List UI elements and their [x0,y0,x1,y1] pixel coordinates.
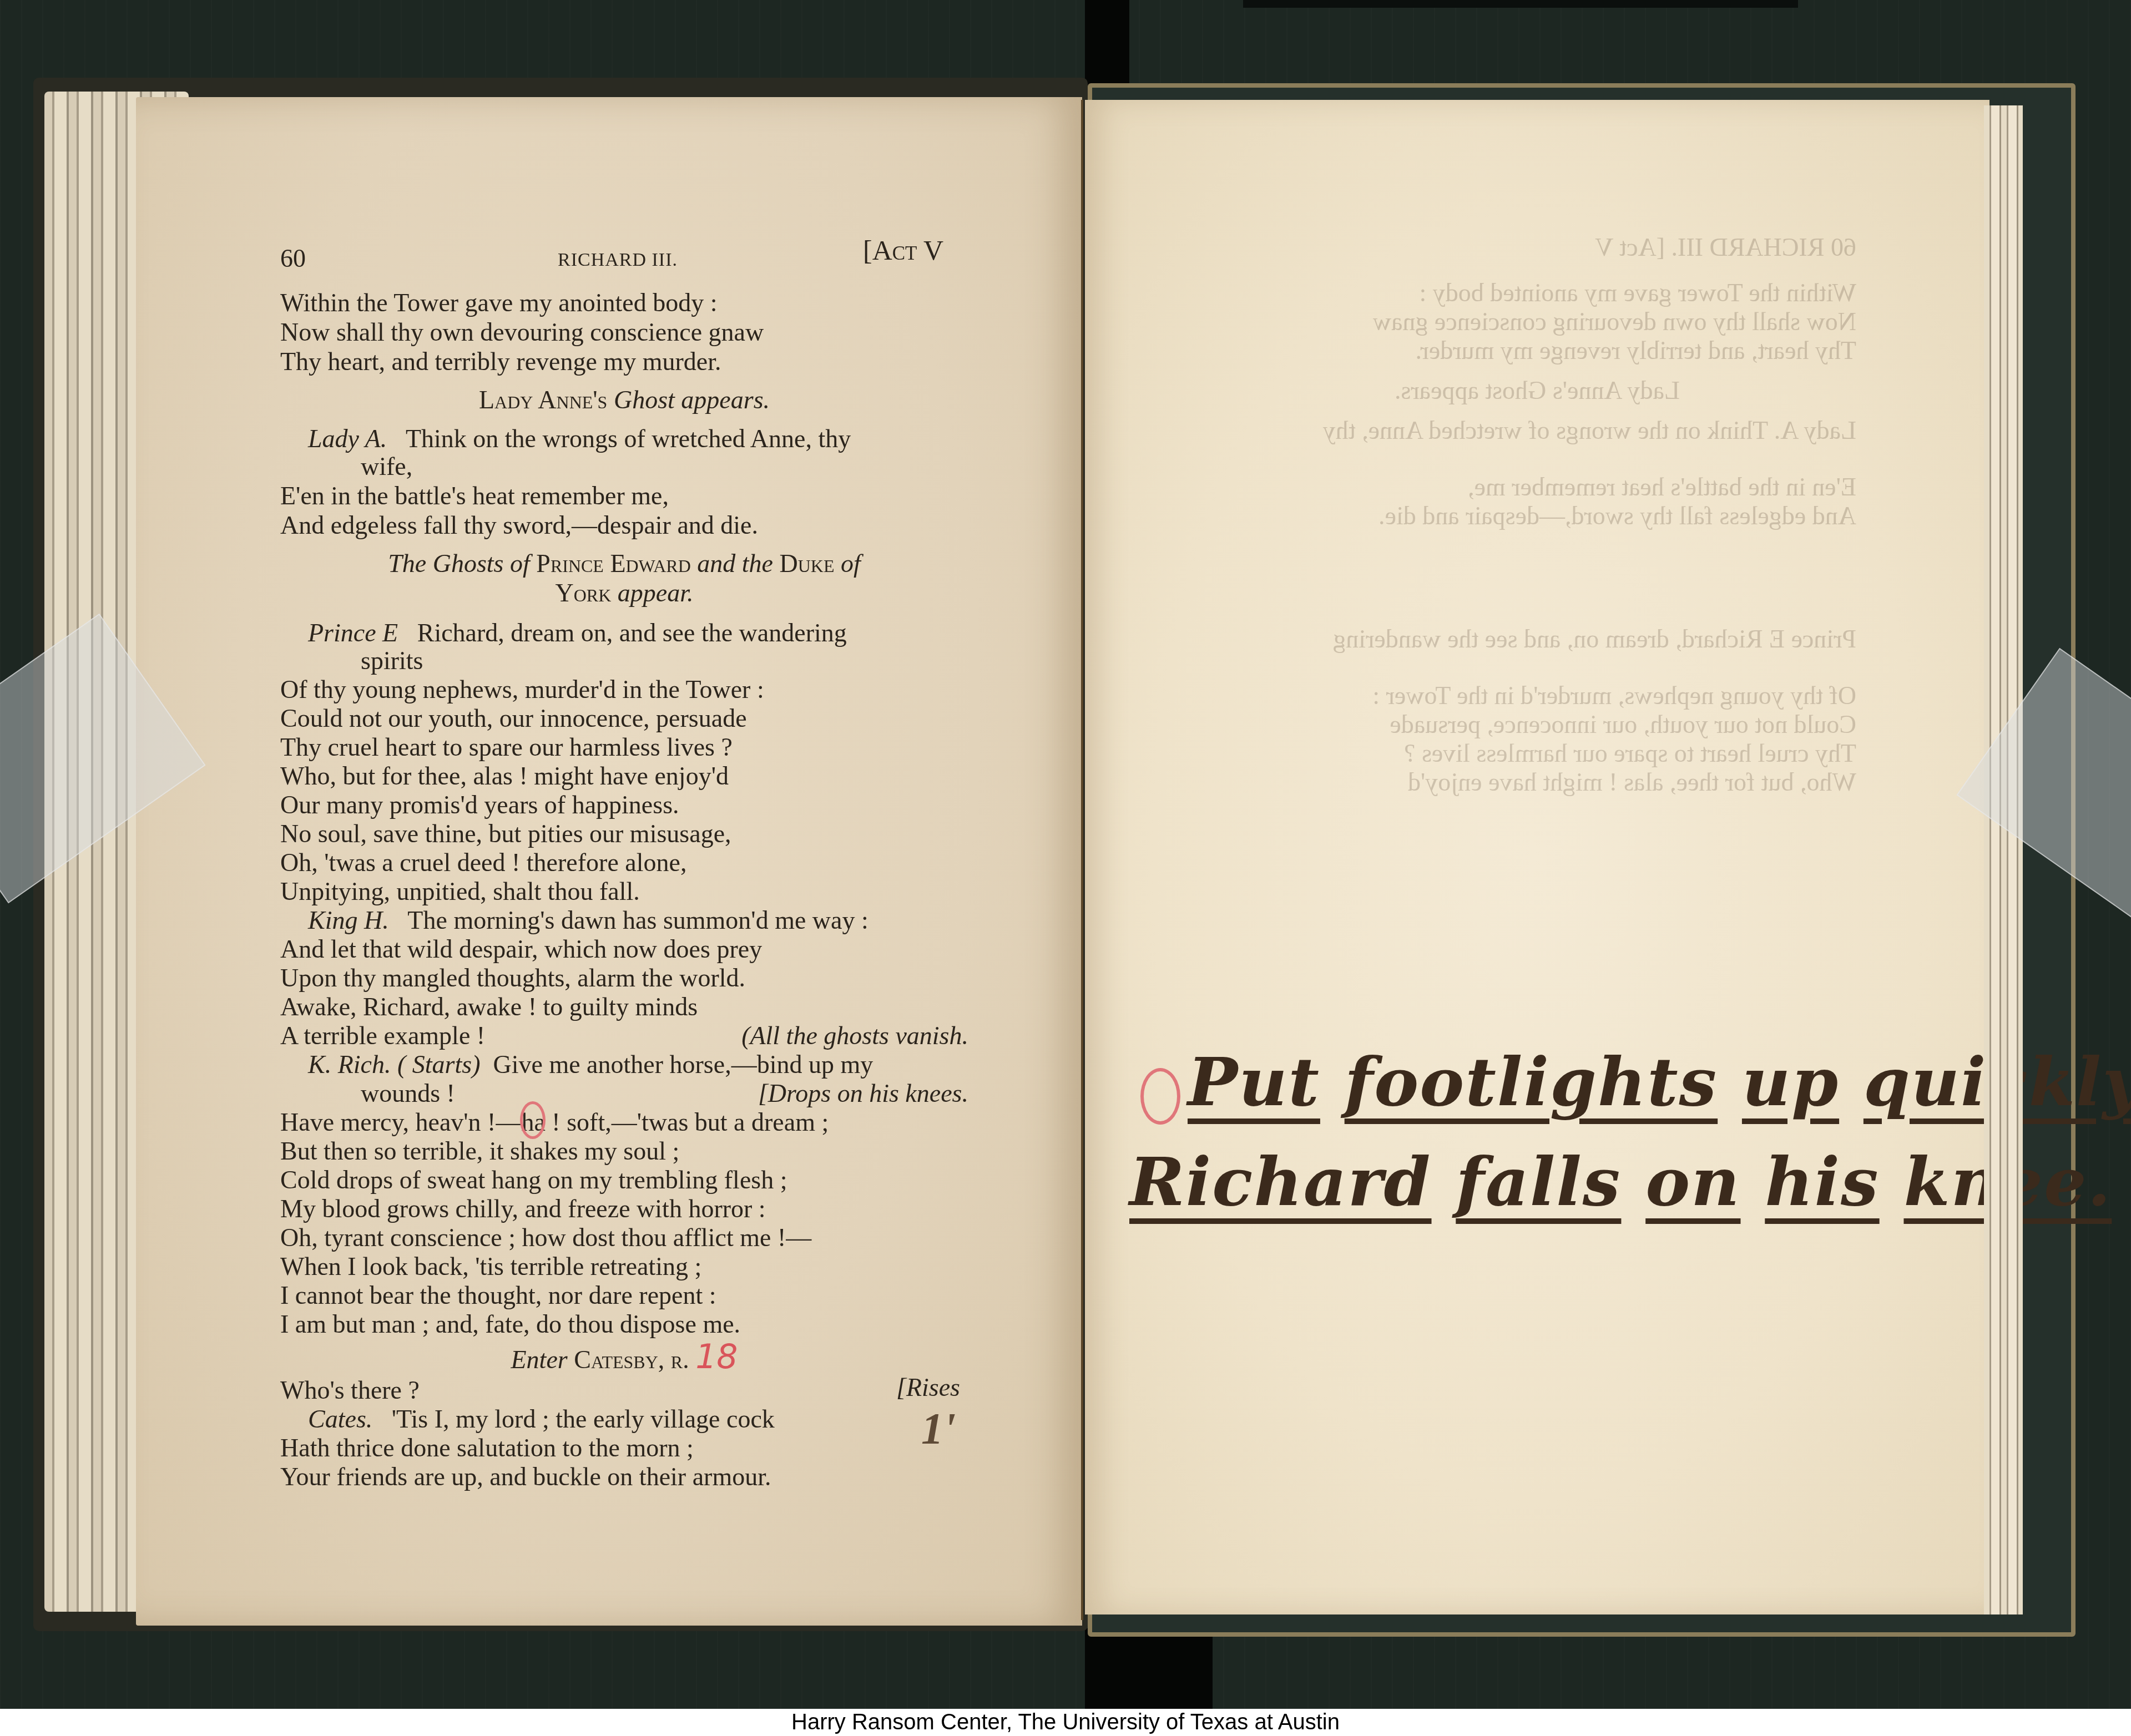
show-through-line: Within the Tower gave my anointed body : [1218,279,1856,307]
speech-text: 'Tis I, my lord ; the early village cock [392,1405,775,1433]
text-line: Within the Tower gave my anointed body : [280,289,717,317]
speaker-label: Prince E [308,619,398,647]
ink-margin-mark: 1' [921,1415,956,1444]
speech-line: Prince E Richard, dream on, and see the … [308,619,847,647]
speaker-label: K. Rich. [308,1050,391,1079]
note-word: up [1742,1043,1839,1121]
text-line: Have mercy, heav'n !—ha ! soft,—'twas bu… [280,1108,829,1137]
stage-direction: York appear. [280,579,968,608]
text-line: Oh, 'twas a cruel deed ! therefore alone… [280,848,686,877]
speaker-label: Lady A. [308,424,387,453]
character-name: Prince Edward [536,549,691,578]
direction-text: Ghost appears. [614,386,770,414]
speech-line: Lady A. Think on the wrongs of wretched … [308,424,851,453]
text-line: Oh, tyrant conscience ; how dost thou af… [280,1223,811,1252]
note-word: Richard [1129,1143,1432,1221]
text-line: And let that wild despair, which now doe… [280,935,762,964]
text-line: Your friends are up, and buckle on their… [280,1462,771,1491]
gutter-shadow-top [1085,0,1129,89]
right-page: 60 RICHARD III. [Act V Within the Tower … [1085,100,1989,1614]
direction-text: The Ghosts of [388,549,530,578]
top-board-edge [1243,0,1798,8]
show-through-line: Thy cruel heart to spare our harmless li… [1218,739,1856,768]
speaker-label: King H. [308,906,389,934]
text-line: Upon thy mangled thoughts, alarm the wor… [280,964,745,993]
speech-text: Richard, dream on, and see the wandering [417,619,847,647]
red-pencil-number: 18 [695,1338,738,1376]
direction-text: of [841,549,861,578]
note-word: Put [1188,1043,1320,1121]
left-page: 60 RICHARD III. [Act V Within the Tower … [136,97,1082,1626]
red-circle-marker [1140,1068,1180,1125]
gutter-shadow-bottom [1085,1628,1213,1709]
show-through-line: Of thy young nephews, murder'd in the To… [1218,681,1856,710]
text-line: When I look back, 'tis terrible retreati… [280,1252,701,1281]
text-line: I am but man ; and, fate, do thou dispos… [280,1310,740,1339]
image-credit-caption: Harry Ransom Center, The University of T… [0,1709,2131,1736]
character-name: Duke [780,549,835,578]
stage-direction: [Rises [896,1373,960,1402]
show-through-line: Who, but for thee, alas ! might have enj… [1218,768,1856,797]
speech-line: K. Rich. ( Starts) Give me another horse… [308,1050,873,1079]
show-through-text: 60 RICHARD III. [Act V Within the Tower … [1218,233,1856,797]
text-line: Could not our youth, our innocence, pers… [280,704,747,733]
text-line: spirits [361,646,423,675]
text-line: Thy cruel heart to spare our harmless li… [280,733,733,762]
text-line: E'en in the battle's heat remember me, [280,482,669,510]
speech-text: Think on the wrongs of wretched Anne, th… [406,424,851,453]
speech-text: The morning's dawn has summon'd me way : [407,906,868,934]
stage-direction: (All the ghosts vanish. [741,1021,968,1050]
character-name: Catesby, r. [574,1345,689,1374]
handwritten-note-line-2: Richard falls on his knee. [1129,1143,2112,1221]
text-line: No soul, save thine, but pities our misu… [280,819,731,848]
character-name: Lady Anne's [479,386,607,414]
text-line: Who, but for thee, alas ! might have enj… [280,762,729,791]
text-line: And edgeless fall thy sword,—despair and… [280,511,758,540]
stage-direction: Lady Anne's Ghost appears. [280,386,968,414]
text-line: But then so terrible, it shakes my soul … [280,1137,679,1166]
stage-direction: The Ghosts of Prince Edward and the Duke… [280,549,968,578]
show-through-line: 60 RICHARD III. [Act V [1218,233,1856,262]
show-through-line: E'en in the battle's heat remember me, [1218,473,1856,502]
spine-gutter [1081,100,1083,1620]
right-page-edges [1984,105,2023,1614]
act-label: [Act V [863,236,943,265]
character-name: York [555,579,611,607]
text-line: A terrible example ! [280,1021,485,1050]
show-through-line: Now shall thy own devouring conscience g… [1218,307,1856,336]
stage-direction: [Drops on his knees. [758,1079,968,1108]
text-line: wounds ! [361,1079,455,1108]
show-through-line: Could not our youth, our innocence, pers… [1218,710,1856,739]
text-line: Of thy young nephews, murder'd in the To… [280,675,764,704]
speech-line: King H. The morning's dawn has summon'd … [308,906,868,935]
stage-direction: Enter Catesby, r. 18 [280,1343,968,1374]
text-line: Thy heart, and terribly revenge my murde… [280,347,721,376]
show-through-line: Prince E Richard, dream on, and see the … [1218,625,1856,654]
text-line: My blood grows chilly, and freeze with h… [280,1195,766,1223]
direction-text: Enter [511,1345,568,1374]
note-word: falls [1456,1143,1621,1221]
text-line: wife, [361,452,412,481]
text-line: Who's there ? [280,1376,420,1405]
direction-text: appear. [618,579,694,607]
direction-text: and the [697,549,773,578]
left-page-text-block: 60 RICHARD III. [Act V Within the Tower … [280,97,968,1626]
show-through-line: Lady Anne's Ghost appears. [1218,376,1856,405]
text-line: Our many promis'd years of happiness. [280,791,679,819]
page-number: 60 [280,244,306,273]
aside-label: ( Starts) [397,1050,481,1079]
text-line: Now shall thy own devouring conscience g… [280,318,764,347]
note-word: on [1645,1143,1740,1221]
text-line: Awake, Richard, awake ! to guilty minds [280,993,698,1021]
red-circle-mark [520,1101,546,1139]
text-line: Unpitying, unpitied, shalt thou fall. [280,877,640,906]
show-through-line: Thy heart, and terribly revenge my murde… [1218,336,1856,365]
running-title: RICHARD III. [558,246,678,275]
show-through-line: Lady A. Think on the wrongs of wretched … [1218,416,1856,445]
text-line: Cold drops of sweat hang on my trembling… [280,1166,787,1195]
speech-line: Cates. 'Tis I, my lord ; the early villa… [308,1405,775,1434]
text-line: I cannot bear the thought, nor dare repe… [280,1281,716,1310]
note-word: footlights [1345,1043,1718,1121]
speech-text: Give me another horse,—bind up my [493,1050,873,1079]
show-through-line: And edgeless fall thy sword,—despair and… [1218,502,1856,530]
speaker-label: Cates. [308,1405,372,1433]
text-line: Hath thrice done salutation to the morn … [280,1434,694,1462]
note-word: his [1765,1143,1879,1221]
